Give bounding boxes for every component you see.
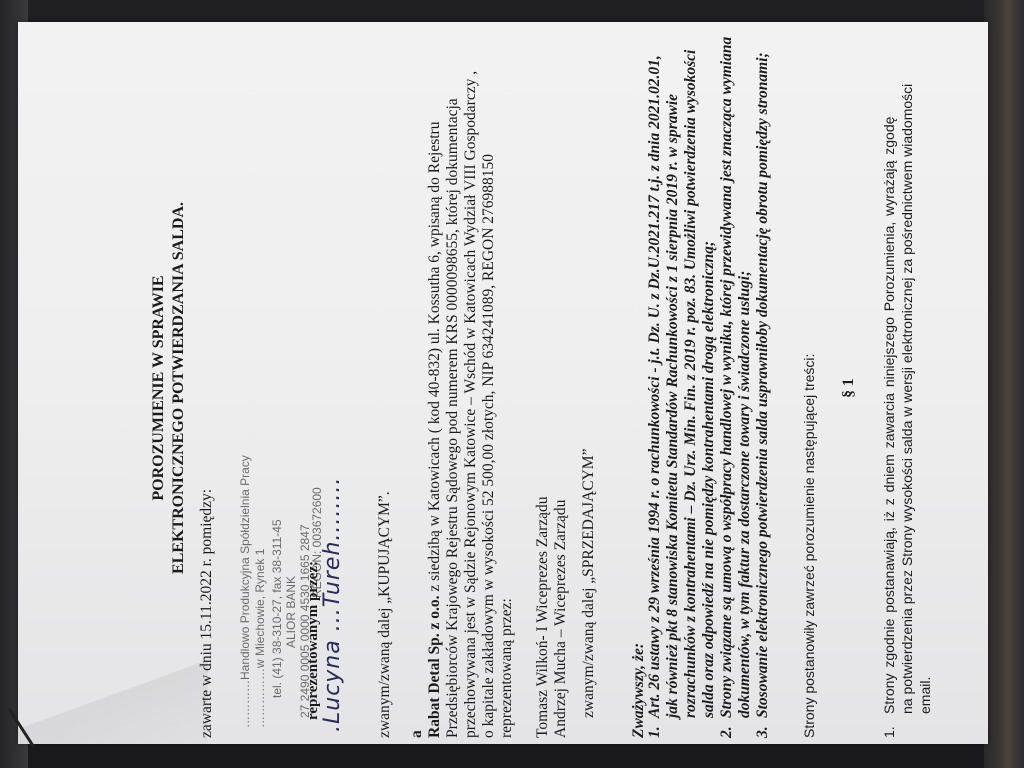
whereas-2-line-1: Strony związane są umową o współpracy ha… [718,37,736,718]
buyer-signature: .Lucyna ...Tureh........ [324,477,342,732]
whereas-3-num: 3. [754,726,772,738]
page-content: POROZUMIENIE W SPRAWIE ELEKTRONICZNEGO P… [140,28,1024,748]
buyer-stamp-line-1: …………Handlowo Produkcyjna Spółdzielnia Pr… [238,455,252,728]
section-1-item-1-line-2: na potwierdzenia przez Strony wysokości … [898,84,916,714]
section-1-item-1-line-3: email. [916,677,934,714]
concluded-on: zawarte w dniu 15.11.2022 r. pomiędzy: [198,489,216,738]
buyer-stamp-line-2: ……………w Miechowie, Rynek 1 [253,549,267,728]
document-page: POROZUMIENIE W SPRAWIE ELEKTRONICZNEGO P… [140,28,1024,748]
title-line-2: ELEKTRONICZNEGO POTWIERDZANIA SALDA. [170,28,188,748]
section-1-item-1-line-1: Strony zgodnie postanawiają, iż z dniem … [880,117,898,714]
whereas-1-num: 1. [646,726,664,738]
seller-called-text: zwanym/zwaną dalej „SPRZEDAJĄCYM” [580,449,597,718]
seller-line-1: Rabat Detal Sp. z o.o. z siedzibą w Kato… [426,122,444,738]
buyer-called: zwanym/zwaną dalej „KUPUJĄCYM”. [376,491,394,738]
whereas-1-line-4: salda oraz odpowiedź na nie pomiędzy kon… [700,241,718,718]
seller-line-3: przechowywana jest w Sądzie Rejonowym Ka… [462,71,480,738]
seller-line-5: reprezentowaną przez: [498,598,516,738]
title-line-1: POROZUMIENIE W SPRAWIE [150,28,168,748]
buyer-stamp-line-4: ALIOR BANK [284,576,298,648]
parties-agreed: Strony postanowiły zawrzeć porozumienie … [800,354,818,738]
section-1-item-1-num: 1. [880,726,898,738]
whereas-3-line-1: Stosowanie elektronicznego potwierdzenia… [754,52,772,718]
seller-line-2: Przedsiębiorców Krajowego Rejestru Sądow… [444,98,462,738]
section-1-heading: § 1 [840,28,858,748]
whereas-2-line-2: dokumentów, w tym faktur za dostarczone … [736,271,754,718]
and-conjunction: a [408,730,426,738]
seller-called: zwanym/zwaną dalej „SPRZEDAJĄCYM” [580,449,598,718]
whereas-2-num: 2. [718,726,736,738]
buyer-stamp-line-3: tel. (41) 38-310-27, fax 38-311-45 [270,519,284,698]
seller-address: z siedzibą w Katowicach ( kod 40-832) ul… [426,122,443,596]
whereas-1-line-3: rozrachunków z kontrahentami – Dz. Urz. … [682,50,700,718]
seller-representative-2: Andrzej Mucha – Wiceprezes Zarządu [552,500,570,738]
seller-line-4: o kapitale zakładowym w wysokości 52 500… [480,154,498,738]
seller-name: Rabat Detal Sp. z o.o. [426,595,443,738]
whereas-1-line-2: jak również pkt 8 stanowiska Komitetu St… [664,94,682,718]
whereas-1-line-1: Art. 26 ustawy z 29 września 1994 r. o r… [646,55,664,718]
photo-background-top [0,0,1024,22]
seller-representative-1: Tomasz Wilkoń- I Wiceprezes Zarządu [534,496,552,738]
